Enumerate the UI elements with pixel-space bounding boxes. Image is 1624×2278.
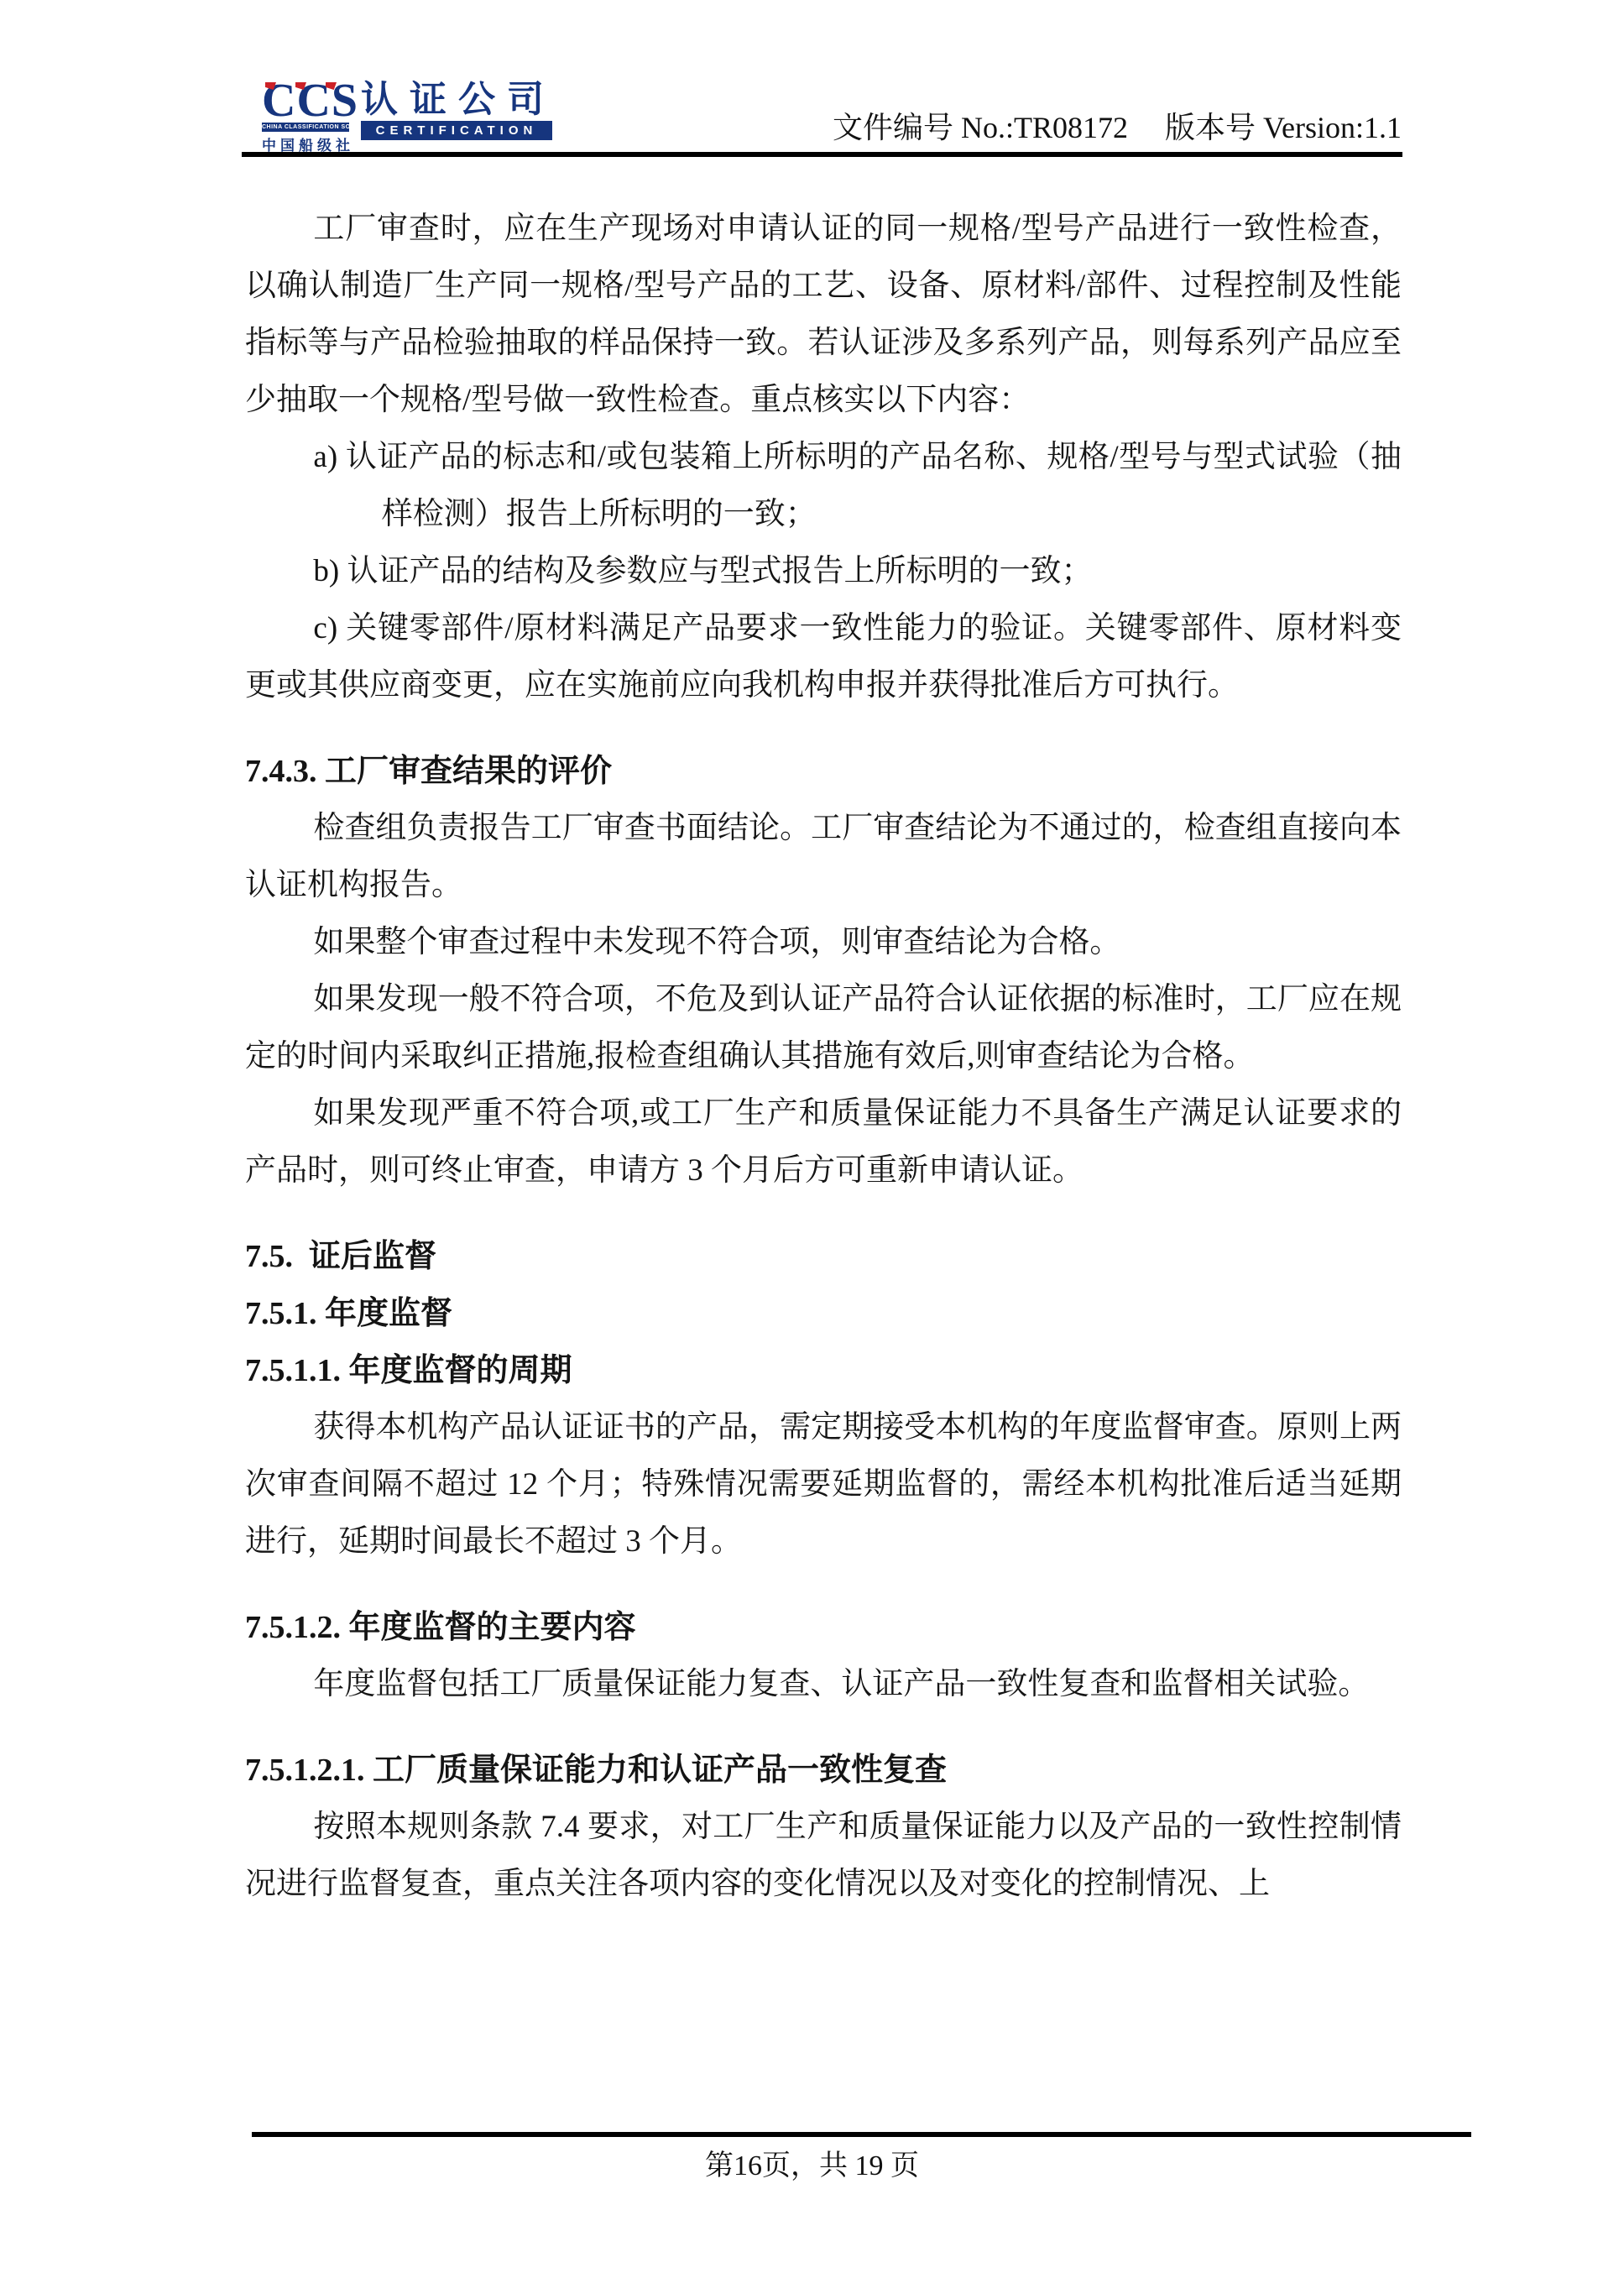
paragraph-review-requirements: 按照本规则条款 7.4 要求，对工厂生产和质量保证能力以及产品的一致性控制情况进… xyxy=(245,1799,1402,1913)
list-item-c: c) 关键零部件/原材料满足产品要求一致性能力的验证。关键零部件、原材料变更或其… xyxy=(245,600,1402,714)
ccs-logo-text: CCS xyxy=(262,81,352,121)
heading-7-5-1-2-1: 7.5.1.2.1. 工厂质量保证能力和认证产品一致性复查 xyxy=(245,1742,1402,1799)
list-item-a: a) 认证产品的标志和/或包装箱上所标明的产品名称、规格/型号与型式试验（抽样检… xyxy=(245,429,1402,543)
ccs-society-band: CHINA CLASSIFICATION SOCIETY xyxy=(262,123,349,132)
list-item-b: b) 认证产品的结构及参数应与型式报告上所标明的一致； xyxy=(245,543,1402,600)
document-page: CCS CHINA CLASSIFICATION SOCIETY 中国船级社 认… xyxy=(0,0,1624,2278)
heading-7-5: 7.5. 证后监督 xyxy=(245,1228,1402,1285)
heading-7-5-1-1: 7.5.1.1. 年度监督的周期 xyxy=(245,1342,1402,1399)
paragraph-factory-audit: 工厂审查时，应在生产现场对申请认证的同一规格/型号产品进行一致性检查，以确认制造… xyxy=(245,201,1402,429)
paragraph-general-nonconformity: 如果发现一般不符合项，不危及到认证产品符合认证依据的标准时，工厂应在规定的时间内… xyxy=(245,971,1402,1085)
paragraph-severe-nonconformity: 如果发现严重不符合项,或工厂生产和质量保证能力不具备生产满足认证要求的产品时，则… xyxy=(245,1085,1402,1199)
document-version: 版本号 Version:1.1 xyxy=(1165,111,1402,144)
document-body: 工厂审查时，应在生产现场对申请认证的同一规格/型号产品进行一致性检查，以确认制造… xyxy=(245,201,1402,1913)
heading-7-5-1-2: 7.5.1.2. 年度监督的主要内容 xyxy=(245,1599,1402,1656)
footer-divider xyxy=(252,2132,1471,2137)
heading-7-4-3: 7.4.3. 工厂审查结果的评价 xyxy=(245,743,1402,800)
paragraph-annual-supervision-cycle: 获得本机构产品认证证书的产品，需定期接受本机构的年度监督审查。原则上两次审查间隔… xyxy=(245,1399,1402,1570)
paragraph-annual-supervision-content: 年度监督包括工厂质量保证能力复查、认证产品一致性复查和监督相关试验。 xyxy=(245,1656,1402,1713)
ccs-logo: CCS CHINA CLASSIFICATION SOCIETY 中国船级社 认… xyxy=(262,81,556,154)
document-number: 文件编号 No.:TR08172 xyxy=(833,111,1128,144)
certification-band: CERTIFICATION xyxy=(361,121,552,140)
paragraph-no-nonconformity: 如果整个审查过程中未发现不符合项，则审查结论为合格。 xyxy=(245,914,1402,971)
page-number: 第16页，共 19 页 xyxy=(0,2142,1624,2183)
heading-7-5-1: 7.5.1. 年度监督 xyxy=(245,1285,1402,1342)
certification-company-name: 认证公司 xyxy=(361,81,556,119)
ccs-logo-left: CCS CHINA CLASSIFICATION SOCIETY 中国船级社 xyxy=(262,81,352,154)
ccs-logo-right: 认证公司 CERTIFICATION xyxy=(361,81,556,140)
document-info: 文件编号 No.:TR08172版本号 Version:1.1 xyxy=(833,104,1402,147)
paragraph-audit-conclusion: 检查组负责报告工厂审查书面结论。工厂审查结论为不通过的，检查组直接向本认证机构报… xyxy=(245,800,1402,914)
header-divider xyxy=(242,152,1402,157)
